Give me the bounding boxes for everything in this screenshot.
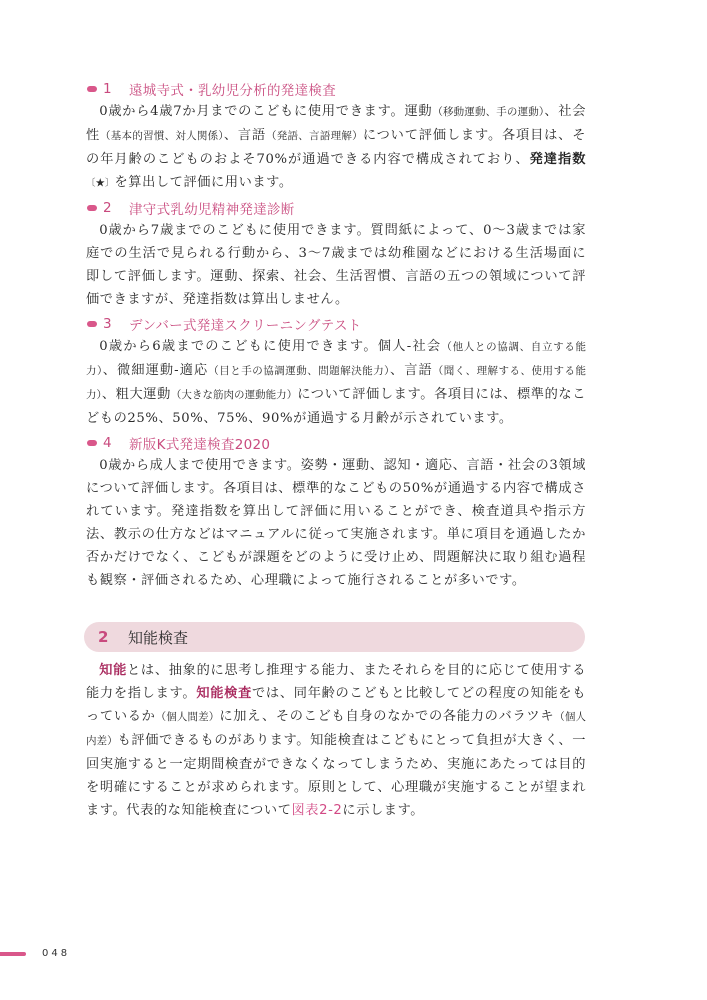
- text-run: 、言語: [224, 128, 266, 143]
- subsection-4: 4 新版K式発達検査2020 0歳から成人まで使用できます。姿勢・運動、認知・適…: [86, 432, 586, 592]
- annotation-text: （発語、言語理解）: [266, 130, 363, 142]
- subsection-body: 0歳から7歳までのこどもに使用できます。質問紙によって、0～3歳までは家庭での生…: [86, 219, 586, 311]
- subsection-number: 2: [103, 200, 129, 216]
- subsection-heading: 1 遠城寺式・乳幼児分析的発達検査: [86, 78, 586, 100]
- annotation-text: （移動運動、手の運動）: [432, 106, 544, 118]
- pill-bullet-icon: [87, 440, 97, 446]
- subsection-body: 0歳から6歳までのこどもに使用できます。個人-社会（他人との協調、自立する能力）…: [86, 335, 586, 430]
- text-run: を算出して評価に用います。: [115, 175, 293, 190]
- text-run: に加え、そのこども自身のなかでの各能力のバラツキ: [219, 709, 554, 724]
- subsection-body: 0歳から4歳7か月までのこどもに使用できます。運動（移動運動、手の運動）、社会性…: [86, 100, 586, 195]
- subsection-3: 3 デンバー式発達スクリーニングテスト 0歳から6歳までのこどもに使用できます。…: [86, 313, 586, 430]
- subsection-title: 新版K式発達検査2020: [129, 433, 270, 453]
- subsection-heading: 2 津守式乳幼児精神発達診断: [86, 197, 586, 219]
- text-run: 、粗大運動: [102, 387, 171, 402]
- keyword-term: 知能: [99, 663, 127, 678]
- subsection-number: 1: [103, 81, 129, 97]
- section-body: 知能とは、抽象的に思考し推理する能力、またそれらを目的に応じて使用する能力を指し…: [86, 659, 586, 822]
- pill-bullet-icon: [87, 321, 97, 327]
- section-title: 知能検査: [128, 627, 188, 648]
- text-run: に示します。: [342, 803, 424, 818]
- subsection-2: 2 津守式乳幼児精神発達診断 0歳から7歳までのこどもに使用できます。質問紙によ…: [86, 197, 586, 311]
- footer-accent-bar: [0, 952, 26, 956]
- bold-term: 発達指数: [530, 152, 586, 167]
- section-paragraph: 知能とは、抽象的に思考し推理する能力、またそれらを目的に応じて使用する能力を指し…: [86, 659, 586, 822]
- annotation-text: （個人間差）: [156, 711, 220, 723]
- text-run: 0歳から6歳までのこどもに使用できます。個人-社会: [99, 339, 441, 354]
- glossary-star-mark: 〔★〕: [86, 178, 115, 189]
- pill-bullet-icon: [87, 86, 97, 92]
- text-run: 0歳から4歳7か月までのこどもに使用できます。運動: [99, 104, 432, 119]
- subsection-title: 津守式乳幼児精神発達診断: [129, 198, 295, 218]
- section-number: 2: [98, 628, 128, 646]
- subsection-1: 1 遠城寺式・乳幼児分析的発達検査 0歳から4歳7か月までのこどもに使用できます…: [86, 78, 586, 195]
- subsection-title: 遠城寺式・乳幼児分析的発達検査: [129, 79, 336, 99]
- annotation-text: （目と手の協調運動、問題解決能力）: [208, 365, 390, 377]
- keyword-term: 知能検査: [196, 686, 252, 701]
- page-number: 048: [42, 948, 70, 959]
- section-banner: 2 知能検査: [84, 622, 585, 652]
- text-run: 、言語: [390, 363, 433, 378]
- pill-bullet-icon: [87, 205, 97, 211]
- subsection-heading: 3 デンバー式発達スクリーニングテスト: [86, 313, 586, 335]
- figure-reference-link[interactable]: 図表2-2: [292, 803, 343, 818]
- subsection-body: 0歳から成人まで使用できます。姿勢・運動、認知・適応、言語・社会の3領域について…: [86, 454, 586, 592]
- page-content: 1 遠城寺式・乳幼児分析的発達検査 0歳から4歳7か月までのこどもに使用できます…: [86, 78, 586, 594]
- subsection-heading: 4 新版K式発達検査2020: [86, 432, 586, 454]
- page-footer: 048: [0, 948, 70, 959]
- subsection-number: 3: [103, 316, 129, 332]
- subsection-number: 4: [103, 435, 129, 451]
- annotation-text: （基本的習慣、対人関係）: [100, 130, 224, 142]
- text-run: 、微細運動-適応: [103, 363, 209, 378]
- annotation-text: （大きな筋肉の運動能力）: [171, 389, 297, 401]
- subsection-title: デンバー式発達スクリーニングテスト: [129, 314, 362, 334]
